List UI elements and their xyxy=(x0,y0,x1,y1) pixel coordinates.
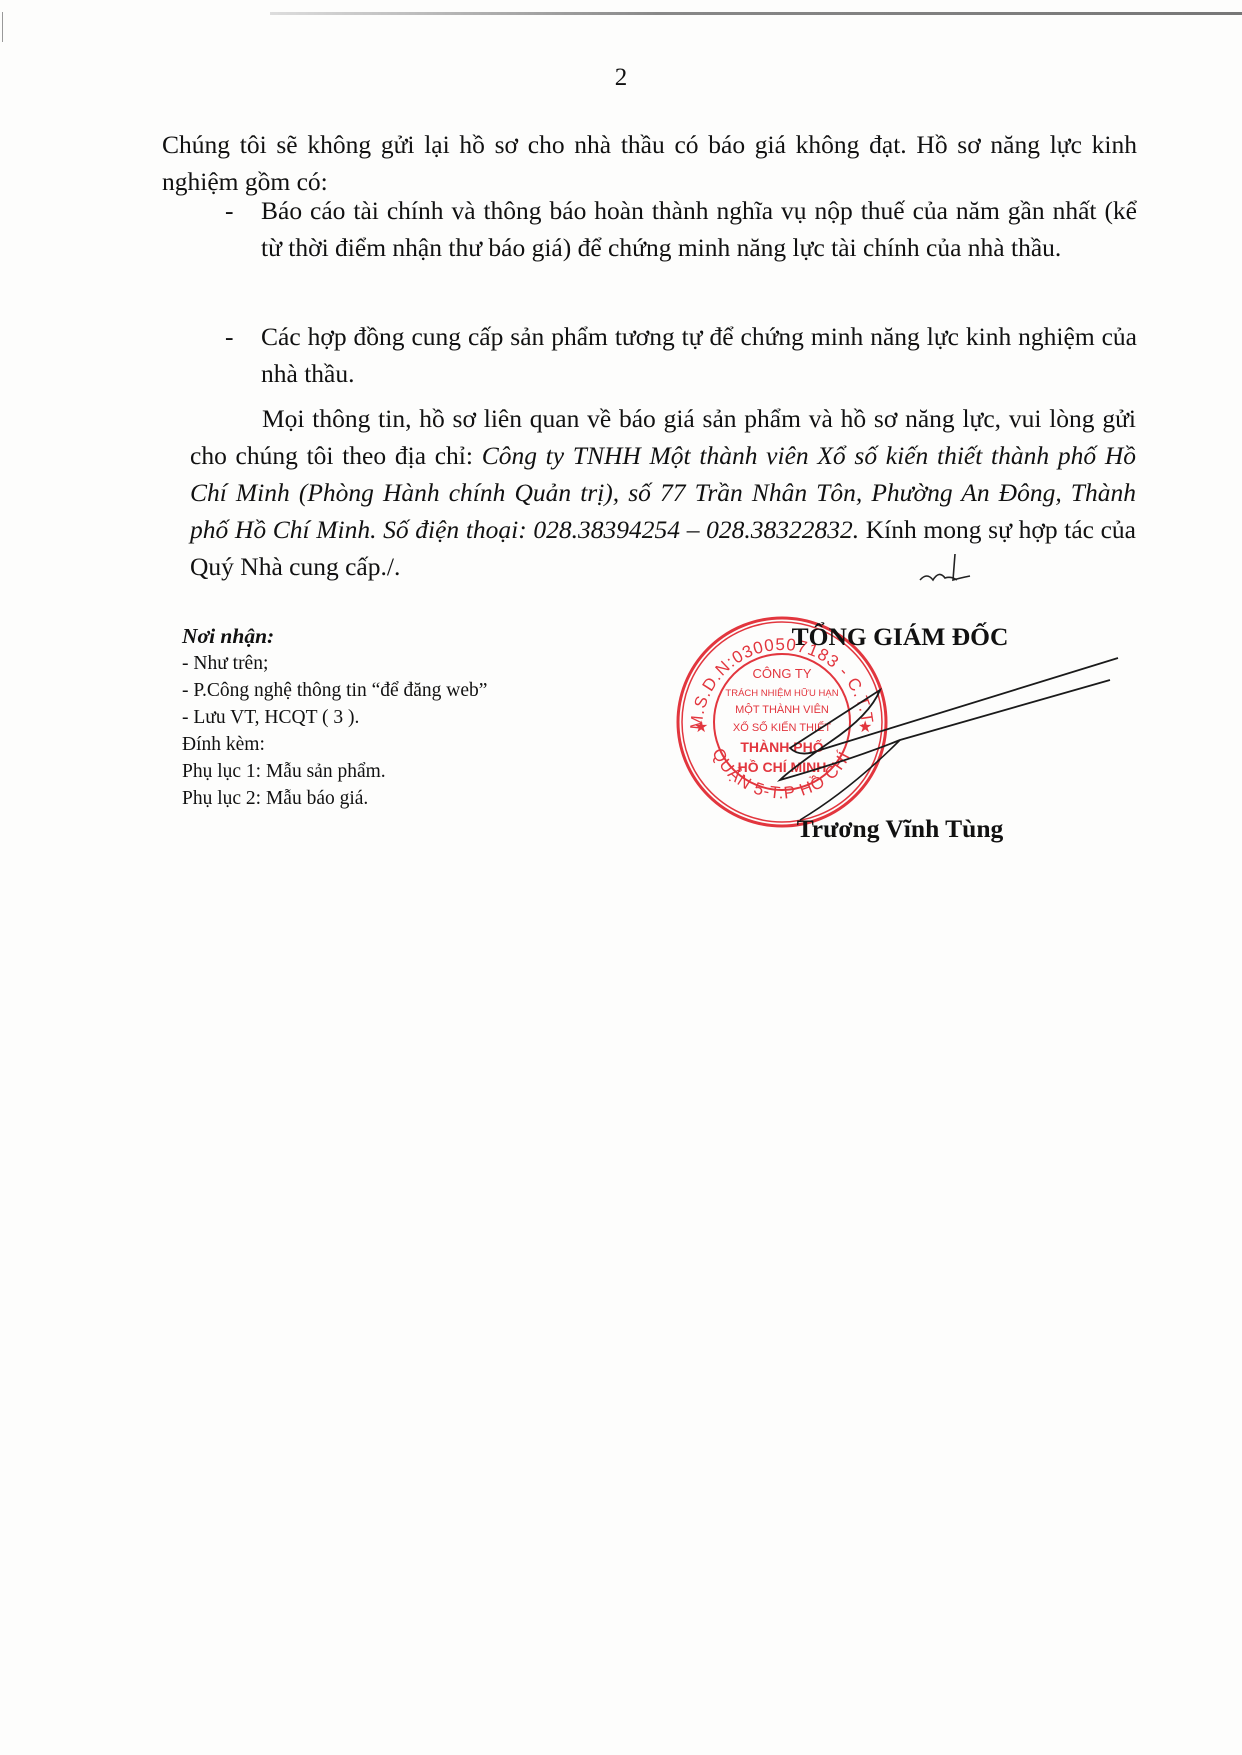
scan-border xyxy=(2,12,3,42)
signer-title: TỔNG GIÁM ĐỐC xyxy=(740,622,1060,652)
recipient-item: - Lưu VT, HCQT ( 3 ). xyxy=(182,704,487,731)
intro-paragraph: Chúng tôi sẽ không gửi lại hồ sơ cho nhà… xyxy=(162,126,1137,200)
bullet-text: Báo cáo tài chính và thông báo hoàn thàn… xyxy=(261,192,1137,266)
recipient-item: - P.Công nghệ thông tin “để đăng web” xyxy=(182,677,487,704)
attachment-item: Phụ lục 2: Mẫu báo giá. xyxy=(182,785,487,812)
handwritten-signature xyxy=(760,630,1120,830)
bullet-dash: - xyxy=(225,318,234,355)
bullet-dash: - xyxy=(225,192,234,229)
scan-border xyxy=(270,12,1242,15)
handwritten-initial xyxy=(915,550,975,590)
recipient-item: - Như trên; xyxy=(182,650,487,677)
svg-text:★: ★ xyxy=(694,719,708,736)
attachments-label: Đính kèm: xyxy=(182,731,487,758)
signature-block: TỔNG GIÁM ĐỐC Trương Vĩnh Tùng xyxy=(740,622,1060,652)
page-number: 2 xyxy=(0,64,1242,92)
bullet-text: Các hợp đồng cung cấp sản phẩm tương tự … xyxy=(261,318,1137,392)
attachment-item: Phụ lục 1: Mẫu sản phẩm. xyxy=(182,758,487,785)
recipients-block: Nơi nhận: - Như trên; - P.Công nghệ thôn… xyxy=(182,623,487,812)
contact-paragraph: Mọi thông tin, hồ sơ liên quan về báo gi… xyxy=(190,400,1136,585)
recipients-title: Nơi nhận: xyxy=(182,623,487,650)
